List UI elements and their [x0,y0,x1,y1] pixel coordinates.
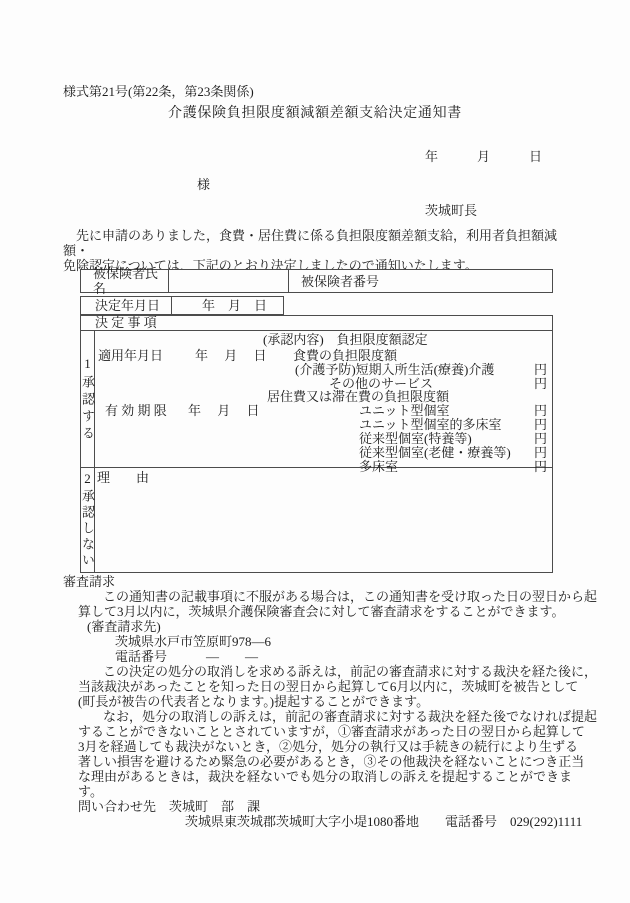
lawsuit-line: この決定の処分の取消しを求める訴えは，前記の審査請求に対する裁決を経た後に， [63,664,575,679]
intro-line-1: 先に申請のありました，食費・居住費に係る負担限度額差額支給，利用者負担額減額・ [63,228,573,258]
appeal-destination-phone: 電話番号 ― ― [63,649,575,664]
lawsuit-note-line: な理由があるときは，裁決を経ないでも処分の取消しの訴えを提起することができま [63,769,575,784]
decision-items-table: 決 定 事 項 1承認する (承認内容) 負担限度額認定 適用年月日 年 月 日… [80,315,553,573]
lawsuit-note-line: することができないこととされていますが，①審査請求があった日の翌日から起算して [63,724,575,739]
room-item-label: 従来型個室(老健・療養等) [359,446,511,459]
insured-name-label: 被保険者氏名 [81,270,169,292]
valid-period-value: 年 月 日 [188,404,260,417]
meal-item-label: (介護予防)短期入所生活(療養)介護 [295,363,494,376]
appeal-destination-address: 茨城県水戸市笠原町978―6 [63,634,575,649]
apply-date-label: 適用年月日 [98,349,163,362]
room-item-label: ユニット型個室的多床室 [359,418,501,431]
room-item-unit: 円 [534,446,547,459]
insured-person-table: 被保険者氏名 被保険者番号 [80,269,553,293]
lawsuit-note-line: 3月を経過しても裁決がないとき，②処分，処分の執行又は手続きの続行により生ずる [63,739,575,754]
lawsuit-note-line: 著しい損害を避けるため緊急の必要があるとき，③その他裁決を経ないことにつき正当 [63,754,575,769]
decision-date-label: 決定年月日 [81,297,172,314]
document-title: 介護保険負担限度額減額差額支給決定通知書 [0,106,630,121]
addressee-honorific: 様 [197,177,210,192]
lawsuit-note-line: す。 [63,784,575,799]
lawsuit-line: (町長が被告の代表者となります。)提起することができます。 [63,694,575,709]
reject-row: 2承認しない 理 由 [81,468,552,572]
valid-period-label: 有 効 期 限 [105,404,167,417]
insured-number-cells [381,270,552,292]
reason-label: 理 由 [97,471,149,484]
issue-date-placeholder: 年 月 日 [425,149,542,164]
contact-line: 問い合わせ先 茨城町 部 課 [63,799,575,814]
decision-date-value: 年 月 日 [172,297,283,314]
lawsuit-line: 当該裁決があったことを知った日の翌日から起算して6月以内に，茨城町を被告として [63,679,575,694]
appeal-destination-heading: (審査請求先) [63,619,575,634]
appeal-heading: 審査請求 [63,574,575,589]
decision-items-header: 決 定 事 項 [81,316,552,331]
reject-vertical-label: 2承認しない [81,471,94,569]
notice-document-page: 様式第21号(第22条，第23条関係) 介護保険負担限度額減額差額支給決定通知書… [0,0,630,903]
appeal-line: この通知書の記載事項に不服がある場合は，この通知書を受け取った日の翌日から起 [63,589,575,604]
room-item-unit: 円 [534,404,547,417]
reject-row-number-column: 2承認しない [81,468,95,572]
approve-row: 1承認する (承認内容) 負担限度額認定 適用年月日 年 月 日 食費の負担限度… [81,331,552,468]
room-item-unit: 円 [534,432,547,445]
lawsuit-note-line: なお，処分の取消しの訴えは，前記の審査請求に対する裁決を経た後でなければ提起 [63,709,575,724]
room-item-label: 従来型個室(特養等) [359,432,472,445]
approval-content-header: (承認内容) 負担限度額認定 [263,333,428,346]
approve-row-number-column: 1承認する [81,331,95,467]
appeal-section: 審査請求 この通知書の記載事項に不服がある場合は，この通知書を受け取った日の翌日… [63,574,575,829]
insured-name-value [169,270,289,292]
approve-row-content: (承認内容) 負担限度額認定 適用年月日 年 月 日 食費の負担限度額 (介護予… [95,331,552,467]
appeal-line: 算して3月以内に，茨城県介護保険審査会に対して審査請求をすることができます。 [63,604,575,619]
form-number: 様式第21号(第22条，第23条関係) [63,84,254,99]
issuer-name: 茨城町長 [425,203,477,218]
room-item-unit: 円 [534,418,547,431]
room-item-label: ユニット型個室 [359,404,449,417]
reject-row-content: 理 由 [95,468,552,572]
apply-date-value: 年 月 日 [195,349,267,362]
approve-vertical-label: 1承認する [81,356,94,443]
insured-number-label: 被保険者番号 [289,270,381,292]
meal-item-unit: 円 [534,377,547,390]
residence-limit-header: 居住費又は滞在費の負担限度額 [267,390,449,403]
decision-date-table: 決定年月日 年 月 日 [80,296,284,315]
meal-item-unit: 円 [534,363,547,376]
contact-address-line: 茨城県東茨城郡茨城町大字小堤1080番地 電話番号 029(292)1111 [63,814,575,829]
meal-limit-header: 食費の負担限度額 [293,349,397,362]
